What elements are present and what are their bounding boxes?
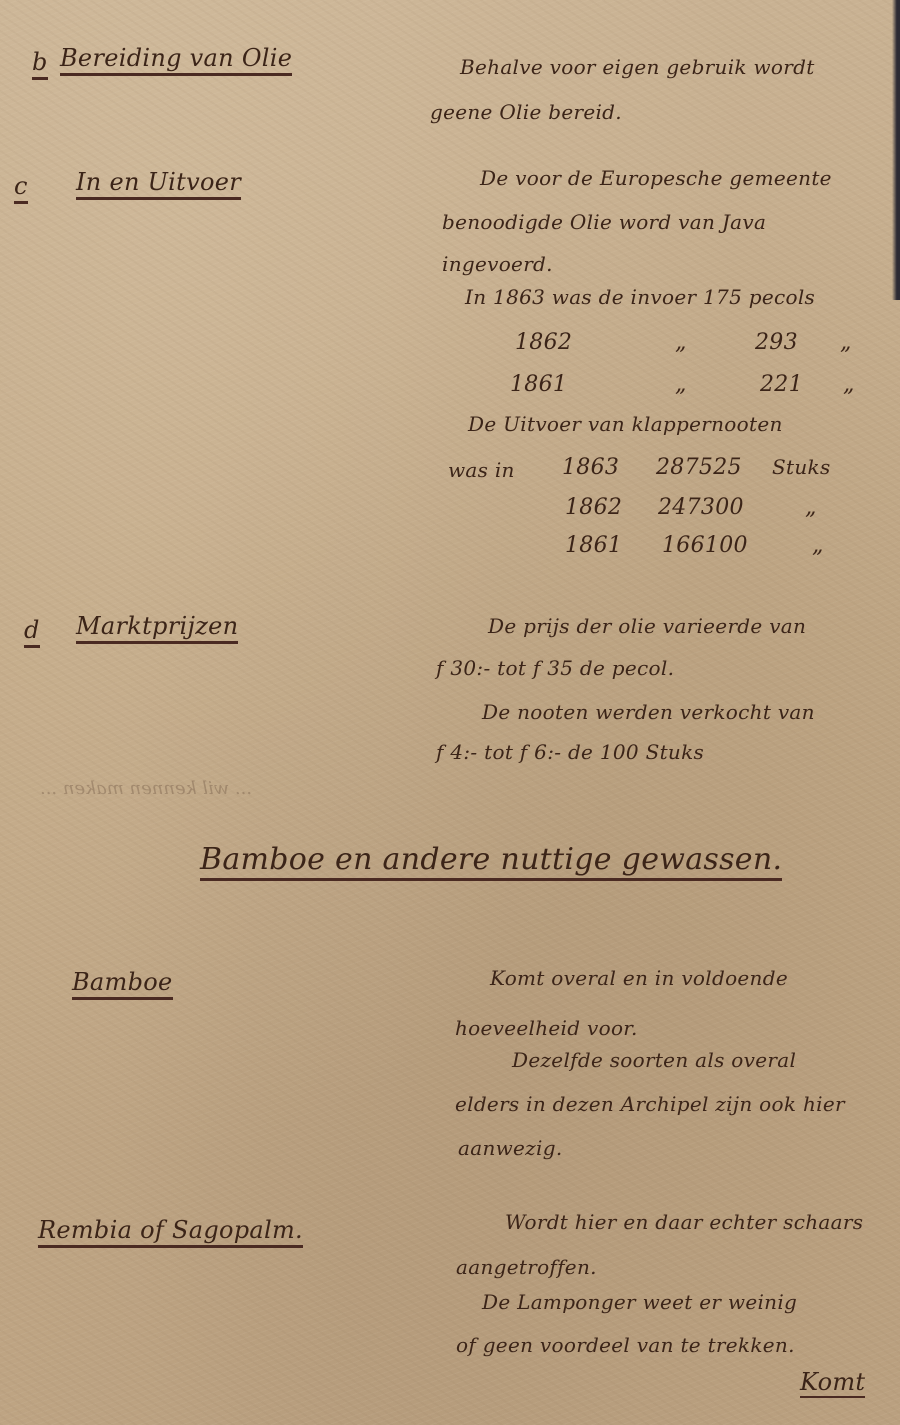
invoer-year: 1862: [515, 330, 572, 355]
heading-bamboe: Bamboe: [72, 968, 173, 1000]
ditto-mark: „: [812, 533, 824, 558]
catchword: Komt: [800, 1368, 865, 1398]
heading-in-en-uitvoer: In en Uitvoer: [76, 168, 241, 200]
text-line: Komt overal en in voldoende: [490, 966, 788, 990]
section-marker-d: d: [24, 616, 40, 648]
text-line: Dezelfde soorten als overal: [512, 1048, 796, 1072]
heading-marktprijzen: Marktprijzen: [76, 612, 238, 644]
ditto-mark: „: [675, 330, 687, 355]
page-edge-shadow: [892, 0, 900, 300]
text-line: Behalve voor eigen gebruik wordt: [460, 55, 815, 79]
text-line: f 4:- tot f 6:- de 100 Stuks: [436, 740, 704, 764]
heading-rembia-of-sagopalm: Rembia of Sagopalm.: [38, 1216, 303, 1248]
text-line: hoeveelheid voor.: [455, 1016, 638, 1040]
bleed-through-text: ... wil kennen maken ...: [40, 778, 252, 799]
uitvoer-unit: Stuks: [772, 455, 831, 479]
manuscript-page: b Bereiding van Olie Behalve voor eigen …: [0, 0, 900, 1425]
uitvoer-value: 287525: [656, 455, 742, 480]
invoer-year: 1861: [510, 372, 567, 397]
uitvoer-value: 247300: [658, 495, 744, 520]
chapter-title: Bamboe en andere nuttige gewassen.: [200, 842, 782, 881]
invoer-value: 221: [760, 372, 803, 397]
text-line: of geen voordeel van te trekken.: [456, 1333, 795, 1357]
text-line: elders in dezen Archipel zijn ook hier: [455, 1092, 845, 1116]
uitvoer-value: 166100: [662, 533, 748, 558]
ditto-mark: „: [675, 372, 687, 397]
ditto-mark: „: [840, 330, 852, 355]
text-line: ingevoerd.: [442, 252, 553, 276]
ditto-mark: „: [843, 372, 855, 397]
text-line: De Lamponger weet er weinig: [482, 1290, 797, 1314]
uitvoer-year: 1863: [562, 455, 619, 480]
uitvoer-year: 1862: [565, 495, 622, 520]
ditto-mark: „: [805, 495, 817, 520]
uitvoer-intro: De Uitvoer van klappernooten: [468, 412, 783, 436]
uitvoer-prefix: was in: [448, 458, 515, 482]
heading-bereiding-van-olie: Bereiding van Olie: [60, 44, 292, 76]
text-line: De voor de Europesche gemeente: [480, 166, 832, 190]
text-line: f 30:- tot f 35 de pecol.: [436, 656, 674, 680]
uitvoer-year: 1861: [565, 533, 622, 558]
text-line: benoodigde Olie word van Java: [442, 210, 766, 234]
text-line: aangetroffen.: [456, 1255, 597, 1279]
text-line: De nooten werden verkocht van: [482, 700, 815, 724]
section-marker-b: b: [32, 48, 48, 80]
text-line: De prijs der olie varieerde van: [488, 614, 806, 638]
invoer-intro: In 1863 was de invoer 175 pecols: [465, 285, 815, 309]
invoer-value: 293: [755, 330, 798, 355]
text-line: geene Olie bereid.: [430, 100, 622, 124]
section-marker-c: c: [14, 172, 28, 204]
text-line: Wordt hier en daar echter schaars: [505, 1210, 863, 1234]
text-line: aanwezig.: [458, 1136, 562, 1160]
